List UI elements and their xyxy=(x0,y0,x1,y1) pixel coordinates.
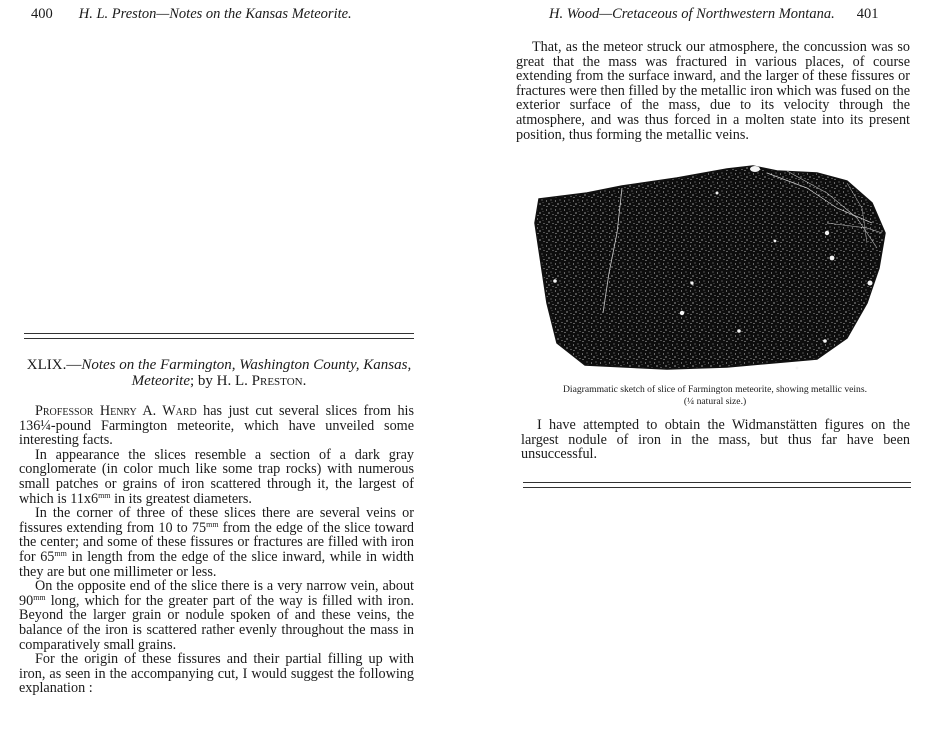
figure-caption-line-2: (¼ natural size.) xyxy=(515,396,915,408)
left-page: 400H. L. Preston—Notes on the Kansas Met… xyxy=(0,0,465,750)
paragraph-explanation: That, as the meteor struck our atmospher… xyxy=(516,40,910,142)
article-body-right-bottom: I have attempted to obtain the Widmanstä… xyxy=(521,418,910,462)
article-heading: XLIX.—Notes on the Farmington, Washingto… xyxy=(24,357,414,389)
running-head-left: 400H. L. Preston—Notes on the Kansas Met… xyxy=(31,6,352,23)
paragraph-4: On the opposite end of the slice there i… xyxy=(19,579,414,652)
paragraph-1: Professor Henry A. Ward has just cut sev… xyxy=(19,404,414,448)
lead-name: Professor Henry A. Ward xyxy=(35,403,197,419)
end-of-article-rule xyxy=(523,482,911,488)
meteorite-slice-illustration xyxy=(527,163,889,371)
paragraph-widmanstatten: I have attempted to obtain the Widmanstä… xyxy=(521,418,910,462)
running-head-right: H. Wood—Cretaceous of Northwestern Monta… xyxy=(549,6,878,23)
page-number-right: 401 xyxy=(857,6,879,22)
meteorite-slice-figure xyxy=(527,163,889,371)
page-number-left: 400 xyxy=(31,6,53,22)
section-divider-rule xyxy=(24,333,414,339)
article-author: H. L. Preston. xyxy=(217,373,307,389)
article-body-right-top: That, as the meteor struck our atmospher… xyxy=(516,40,910,142)
figure-caption: Diagrammatic sketch of slice of Farmingt… xyxy=(515,384,915,408)
figure-caption-line-1: Diagrammatic sketch of slice of Farmingt… xyxy=(515,384,915,396)
running-head-title-right: H. Wood—Cretaceous of Northwestern Monta… xyxy=(549,6,835,22)
paragraph-2: In appearance the slices resemble a sect… xyxy=(19,448,414,506)
paragraph-5: For the origin of these fissures and the… xyxy=(19,652,414,696)
article-body-left: Professor Henry A. Ward has just cut sev… xyxy=(19,404,414,696)
paragraph-3: In the corner of three of these slices t… xyxy=(19,506,414,579)
byline-prefix: ; by xyxy=(190,373,217,389)
article-number: XLIX.— xyxy=(27,357,82,373)
right-page: H. Wood—Cretaceous of Northwestern Monta… xyxy=(465,0,930,750)
running-head-title-left: H. L. Preston—Notes on the Kansas Meteor… xyxy=(79,6,352,22)
